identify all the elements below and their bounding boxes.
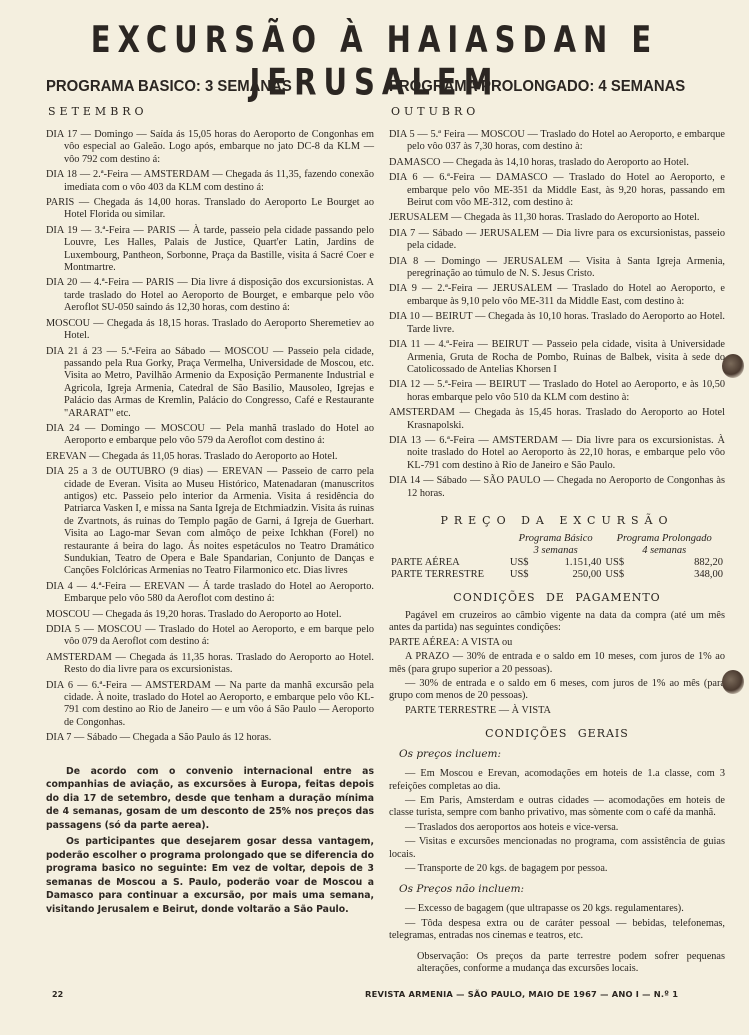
itinerary-entry: DIA 10 — BEIRUT — Chegada às 10,10 horas… [389,311,725,336]
itinerary-entry: DIA 18 — 2.ª-Feira — AMSTERDAM — Chegada… [46,169,374,194]
itinerary-entry: JERUSALEM — Chegada às 11,30 horas. Tras… [389,212,725,224]
price-val1: 1.151,40 [542,557,603,569]
observation-note: Observação: Os preços da parte terrestre… [417,951,725,976]
price-table: Programa Básico Programa Prolongado 3 se… [389,533,725,581]
itinerary-entry: EREVAN — Chegada ás 11,05 horas. Traslad… [46,451,374,463]
includes-item: — Em Moscou e Erevan, acomodações em hot… [389,768,725,793]
price-val1: 250,00 [542,569,603,581]
itinerary-entry: DIA 25 a 3 de OUTUBRO (9 dias) — EREVAN … [46,466,374,578]
basic-program-column: PROGRAMA BASICO: 3 SEMANAS SETEMBRO DIA … [46,78,374,919]
price-row: PARTE AÉREAUS$1.151,40US$882,20 [389,557,725,569]
excludes-item: — Tôda despesa extra ou de caráter pesso… [389,918,725,943]
discount-notes: De acordo com o convenio internacional e… [46,765,374,917]
itinerary-entry: AMSTERDAM — Chegada ás 11,35 horas. Tras… [46,652,374,677]
binder-hole [722,670,744,694]
price-row: PARTE TERRESTREUS$250,00US$348,00 [389,569,725,581]
price-col-basic: Programa Básico [508,533,604,545]
price-col-extended-sub: 4 semanas [603,545,725,557]
payment-installment-2: — 30% de entrada e o saldo em 6 meses, c… [389,678,725,703]
price-heading: PREÇO DA EXCURSÃO [389,514,725,527]
itinerary-entry: DIA 4 — 4.ª-Feira — EREVAN — Á tarde tra… [46,581,374,606]
payment-air: PARTE AÉREA: A VISTA ou [389,637,725,649]
payment-heading: CONDIÇÕES DE PAGAMENTO [389,591,725,604]
excludes-label: Os Preços não incluem: [399,883,725,895]
extended-program-heading: PROGRAMA PROLONGADO: 4 SEMANAS [389,78,701,96]
itinerary-entry: DIA 8 — Domingo — JERUSALEM — Visita à S… [389,256,725,281]
page-number: 22 [52,990,63,999]
itinerary-entry: PARIS — Chegada ás 14,00 horas. Translad… [46,197,374,222]
itinerary-entry: MOSCOU — Chegada ás 18,15 horas. Traslad… [46,318,374,343]
magazine-page: EXCURSÃO À HAIASDAN E JERUSALEM PROGRAMA… [0,0,749,1035]
itinerary-entry: MOSCOU — Chegada ás 19,20 horas. Traslad… [46,609,374,621]
price-cur2: US$ [603,569,653,581]
itinerary-entry: DIA 21 á 23 — 5.ª-Feira ao Sábado — MOSC… [46,346,374,420]
excludes-list: — Excesso de bagagem (que ultrapasse os … [389,903,725,942]
general-heading: CONDIÇÕES GERAIS [389,727,725,740]
extended-program-column: PROGRAMA PROLONGADO: 4 SEMANAS OUTUBRO D… [389,78,725,976]
publication-footer: REVISTA ARMENIA — SÃO PAULO, MAIO DE 196… [365,989,678,999]
price-cur2: US$ [603,557,653,569]
itinerary-entry: DIA 20 — 4.ª-Feira — PARIS — Dia livre á… [46,277,374,314]
price-cur1: US$ [508,557,542,569]
itinerary-entry: DIA 6 — 6.ª-Feira — DAMASCO — Traslado d… [389,172,725,209]
itinerary-entry: DIA 7 — Sábado — JERUSALEM — Dia livre p… [389,228,725,253]
price-label: PARTE TERRESTRE [389,569,508,581]
itinerary-entry: DDIA 5 — MOSCOU — Traslado do Hotel ao A… [46,624,374,649]
itinerary-entry: DIA 19 — 3.ª-Feira — PARIS — À tarde, pa… [46,225,374,275]
price-val2: 882,20 [653,557,725,569]
payment-installment-1: A PRAZO — 30% de entrada e o saldo em 10… [389,651,725,676]
itinerary-entry: DIA 7 — Sábado — Chegada a São Paulo ás … [46,732,374,744]
month-label: SETEMBRO [48,105,374,118]
itinerary-entry: DAMASCO — Chegada às 14,10 horas, trasla… [389,157,725,169]
includes-label: Os preços incluem: [399,748,725,760]
includes-item: — Em Paris, Amsterdam e outras cidades —… [389,795,725,820]
itinerary-entry: AMSTERDAM — Chegada às 15,45 horas. Tras… [389,407,725,432]
itinerary-entry: DIA 14 — Sábado — SÃO PAULO — Chegada no… [389,475,725,500]
price-label: PARTE AÉREA [389,557,508,569]
includes-item: — Visitas e excursões mencionadas no pro… [389,836,725,861]
itinerary-entry: DIA 12 — 5.ª-Feira — BEIRUT — Traslado d… [389,379,725,404]
itinerary-list: DIA 17 — Domingo — Saída ás 15,05 horas … [46,129,374,745]
itinerary-entry: DIA 13 — 6.ª-Feira — AMSTERDAM — Dia liv… [389,435,725,472]
itinerary-entry: DIA 17 — Domingo — Saída ás 15,05 horas … [46,129,374,166]
itinerary-entry: DIA 9 — 2.ª-Feira — JERUSALEM — Traslado… [389,283,725,308]
itinerary-entry: DIA 11 — 4.ª-Feira — BEIRUT — Passeio pe… [389,339,725,376]
month-label: OUTUBRO [391,105,725,118]
price-cur1: US$ [508,569,542,581]
itinerary-list: DIA 5 — 5.ª Feira — MOSCOU — Traslado do… [389,129,725,500]
basic-program-heading: PROGRAMA BASICO: 3 SEMANAS [46,78,351,96]
price-col-extended: Programa Prolongado [603,533,725,545]
itinerary-entry: DIA 5 — 5.ª Feira — MOSCOU — Traslado do… [389,129,725,154]
itinerary-entry: DIA 6 — 6.ª-Feira — AMSTERDAM — Na parte… [46,680,374,730]
excludes-item: — Excesso de bagagem (que ultrapasse os … [389,903,725,915]
includes-item: — Transporte de 20 kgs. de bagagem por p… [389,863,725,875]
payment-intro: Pagável em cruzeiros ao câmbio vigente n… [389,610,725,635]
includes-list: — Em Moscou e Erevan, acomodações em hot… [389,768,725,875]
itinerary-entry: DIA 24 — Domingo — MOSCOU — Pela manhã t… [46,423,374,448]
price-val2: 348,00 [653,569,725,581]
includes-item: — Traslados dos aeroportos aos hoteis e … [389,822,725,834]
payment-land: PARTE TERRESTRE — À VISTA [389,705,725,717]
price-col-basic-sub: 3 semanas [508,545,604,557]
note-paragraph: Os participantes que desejarem gosar des… [46,835,374,916]
note-paragraph: De acordo com o convenio internacional e… [46,765,374,833]
binder-hole [722,354,744,378]
